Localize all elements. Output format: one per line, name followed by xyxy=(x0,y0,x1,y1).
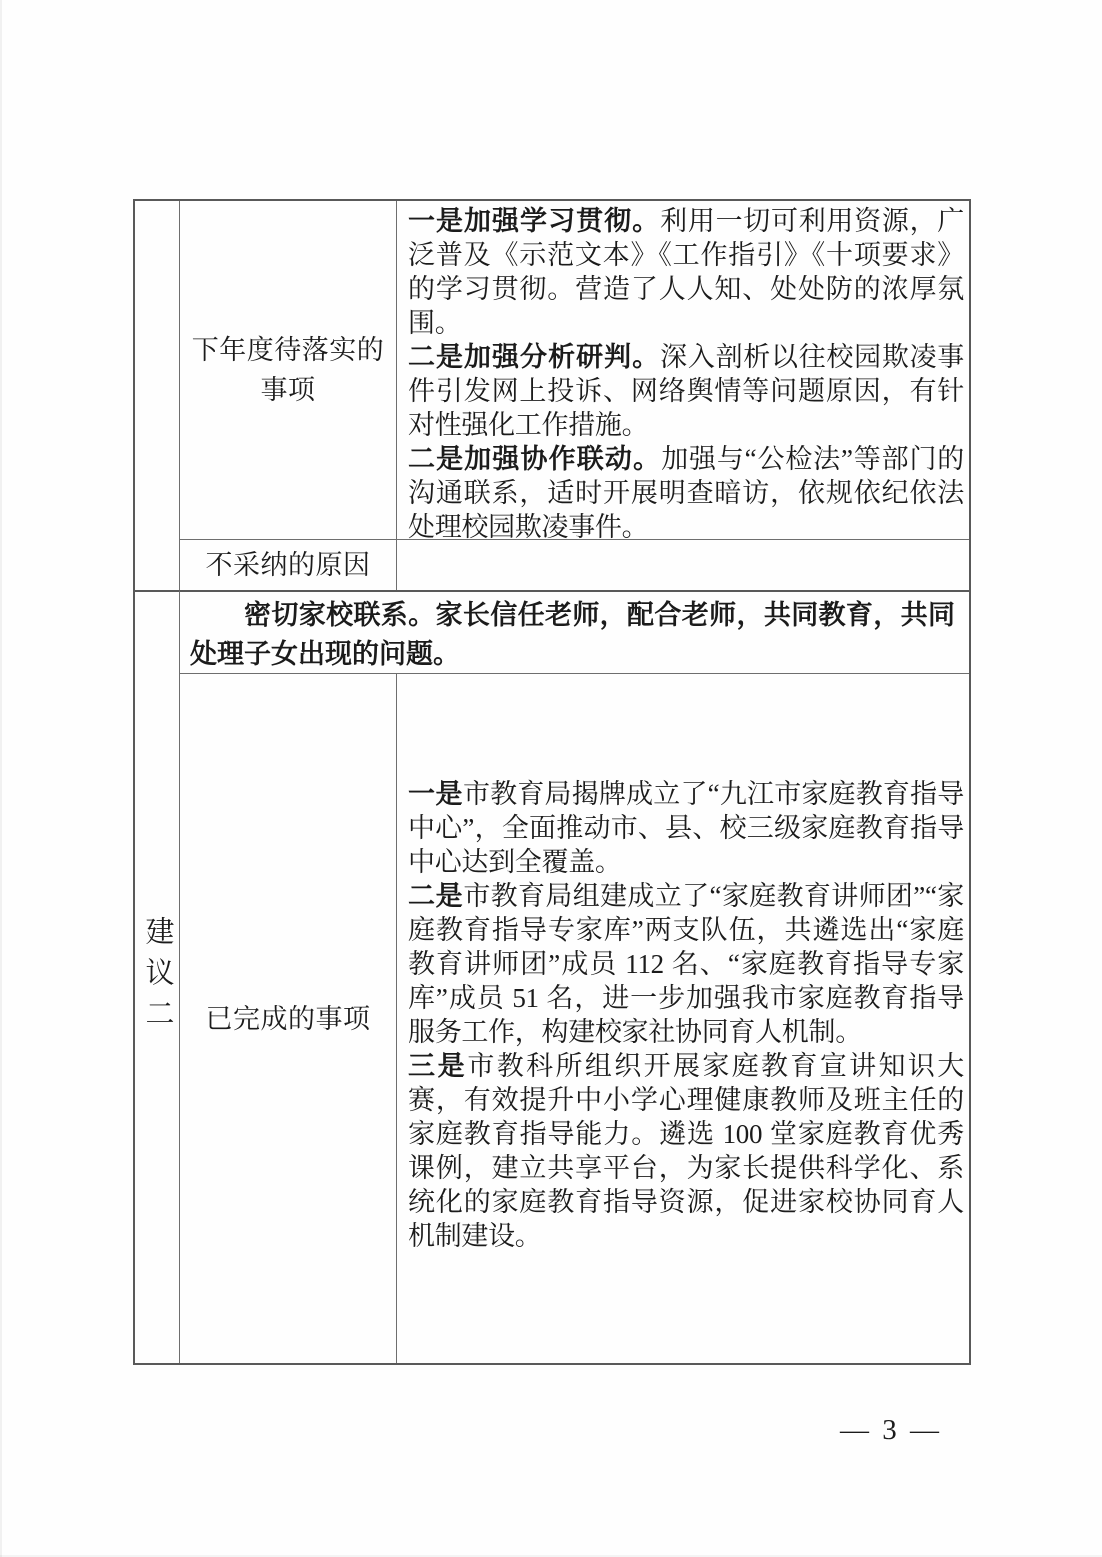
scan-edge-left xyxy=(0,0,2,1557)
paragraph-lead: 一是 xyxy=(408,779,463,809)
paragraph-lead: 三是 xyxy=(408,1051,467,1081)
paragraph-lead: 二是加强分析研判。 xyxy=(408,342,660,372)
completed-paragraph-3: 三是市教科所组织开展家庭教育宣讲知识大赛，有效提升中小学心理健康教师及班主任的家… xyxy=(408,1049,964,1253)
completed-paragraph-2: 二是市教育局组建成立了“家庭教育讲师团”“家庭教育指导专家库”两支队伍，共遴选出… xyxy=(408,879,964,1049)
suggestion2-header-text: 密切家校联系。家长信任老师，配合老师，共同教育，共同处理子女出现的问题。 xyxy=(190,596,955,674)
pending-paragraph-3: 二是加强协作联动。加强与“公检法”等部门的沟通联系，适时开展明查暗访，依规依纪依… xyxy=(408,442,964,540)
section2-side-cell: 建议二 xyxy=(135,590,180,1363)
pending-paragraph-2: 二是加强分析研判。深入剖析以往校园欺凌事件引发网上投诉、网络舆情等问题原因，有针… xyxy=(408,340,964,442)
pending-paragraph-1: 一是加强学习贯彻。利用一切可利用资源，广泛普及《示范文本》《工作指引》《十项要求… xyxy=(408,204,964,340)
paragraph-text: 市教育局组建成立了“家庭教育讲师团”“家庭教育指导专家库”两支队伍，共遴选出“家… xyxy=(408,881,964,1047)
document-page: 下年度待落实的事项 一是加强学习贯彻。利用一切可利用资源，广泛普及《示范文本》《… xyxy=(0,0,1102,1557)
paragraph-lead: 一是加强学习贯彻。 xyxy=(408,206,660,236)
paragraph-lead: 二是 xyxy=(408,881,463,911)
suggestions-table: 下年度待落实的事项 一是加强学习贯彻。利用一切可利用资源，广泛普及《示范文本》《… xyxy=(133,199,971,1365)
section2-label: 建议二 xyxy=(135,916,180,1039)
row-label-rejection-reason: 不采纳的原因 xyxy=(180,540,397,590)
page-number: — 3 — xyxy=(840,1414,942,1447)
paragraph-text: 市教育局揭牌成立了“九江市家庭教育指导中心”，全面推动市、县、校三级家庭教育指导… xyxy=(408,779,964,877)
row-label-completed-items: 已完成的事项 xyxy=(180,674,397,1363)
row-label-pending-items: 下年度待落实的事项 xyxy=(180,201,397,540)
completed-items-content: 一是市教育局揭牌成立了“九江市家庭教育指导中心”，全面推动市、县、校三级家庭教育… xyxy=(397,674,969,1363)
paragraph-text: 市教科所组织开展家庭教育宣讲知识大赛，有效提升中小学心理健康教师及班主任的家庭教… xyxy=(408,1051,964,1251)
section1-side-cell xyxy=(135,201,180,590)
rejection-reason-content xyxy=(397,540,969,590)
completed-paragraph-1: 一是市教育局揭牌成立了“九江市家庭教育指导中心”，全面推动市、县、校三级家庭教育… xyxy=(408,777,964,879)
paragraph-lead: 二是加强协作联动。 xyxy=(408,444,661,474)
pending-items-content: 一是加强学习贯彻。利用一切可利用资源，广泛普及《示范文本》《工作指引》《十项要求… xyxy=(397,201,969,540)
suggestion2-header-cell: 密切家校联系。家长信任老师，配合老师，共同教育，共同处理子女出现的问题。 xyxy=(180,590,969,674)
